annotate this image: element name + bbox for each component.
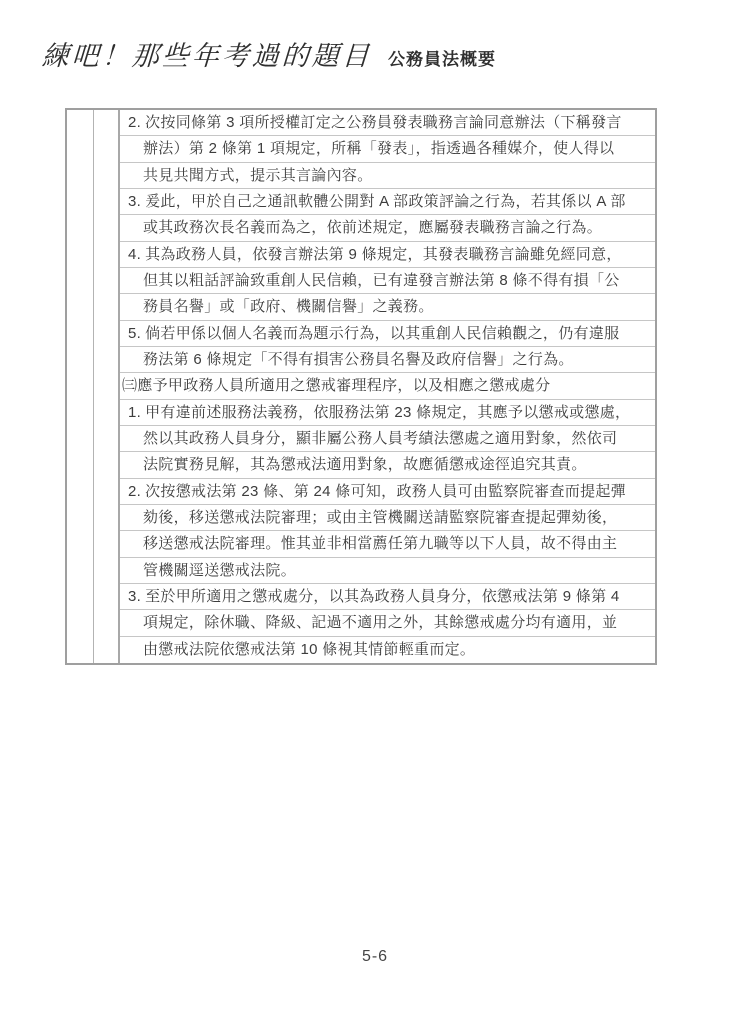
line-text: 移送懲戒法院審理。惟其並非相當薦任第九職等以下人員，故不得由主 — [143, 536, 617, 551]
table-row: 2.次按懲戒法第 23 條、第 24 條可知，政務人員可由監察院審查而提起彈 — [120, 479, 655, 505]
table-row: 移送懲戒法院審理。惟其並非相當薦任第九職等以下人員，故不得由主 — [120, 531, 655, 557]
table-row: 管機關逕送懲戒法院。 — [120, 558, 655, 584]
table-row: 2.次按同條第 3 項所授權訂定之公務員發表職務言論同意辦法（下稱發言 — [120, 110, 655, 136]
table-row: 共見共聞方式，提示其言論內容。 — [120, 163, 655, 189]
item-number: 4. — [128, 247, 141, 262]
table-row: 或其政務次長名義而為之，依前述規定，應屬發表職務言論之行為。 — [120, 215, 655, 241]
running-head: 練吧！那些年考過的題目 公務員法概要 — [42, 34, 496, 73]
item-number: 3. — [128, 589, 141, 604]
answer-sheet-table: 2.次按同條第 3 項所授權訂定之公務員發表職務言論同意辦法（下稱發言 辦法）第… — [65, 108, 657, 665]
line-text: ㈢應予甲政務人員所適用之懲戒審理程序，以及相應之懲戒處分 — [122, 378, 550, 393]
table-row: 但其以粗話評論致重創人民信賴，已有違發言辦法第 8 條不得有損「公 — [120, 268, 655, 294]
item-number: 1. — [128, 405, 141, 420]
table-row: 1.甲有違前述服務法義務，依服務法第 23 條規定，其應予以懲戒或懲處， — [120, 400, 655, 426]
gutter-column-1 — [67, 110, 94, 663]
line-text: 務法第 6 條規定「不得有損害公務員名譽及政府信譽」之行為。 — [143, 352, 574, 367]
line-text: 爰此，甲於自己之通訊軟體公開對 A 部政策評論之行為，若其係以 A 部 — [145, 194, 626, 209]
subject-title: 公務員法概要 — [388, 45, 496, 73]
table-row: 務員名譽」或「政府、機關信譽」之義務。 — [120, 294, 655, 320]
line-text: 次按懲戒法第 23 條、第 24 條可知，政務人員可由監察院審查而提起彈 — [145, 484, 626, 499]
item-number: 5. — [128, 326, 141, 341]
line-text: 法院實務見解，其為懲戒法適用對象，故應循懲戒途徑追究其責。 — [143, 457, 587, 472]
book-series-title: 練吧！那些年考過的題目 — [41, 34, 373, 73]
table-row: 法院實務見解，其為懲戒法適用對象，故應循懲戒途徑追究其責。 — [120, 452, 655, 478]
table-row: 劾後，移送懲戒法院審理；或由主管機關送請監察院審查提起彈劾後， — [120, 505, 655, 531]
document-page: 練吧！那些年考過的題目 公務員法概要 2.次按同條第 3 項所授權訂定之公務員發… — [0, 0, 750, 1015]
item-number: 2. — [128, 115, 141, 130]
line-text: 或其政務次長名義而為之，依前述規定，應屬發表職務言論之行為。 — [143, 220, 602, 235]
line-text: 辦法）第 2 條第 1 項規定，所稱「發表」，指透過各種媒介，使人得以 — [143, 141, 614, 156]
page-number: 5-6 — [0, 948, 750, 966]
table-row: 5.倘若甲係以個人名義而為題示行為，以其重創人民信賴觀之，仍有違服 — [120, 321, 655, 347]
table-row: 辦法）第 2 條第 1 項規定，所稱「發表」，指透過各種媒介，使人得以 — [120, 136, 655, 162]
item-number: 2. — [128, 484, 141, 499]
line-text: 但其以粗話評論致重創人民信賴，已有違發言辦法第 8 條不得有損「公 — [143, 273, 620, 288]
section-heading-row: ㈢應予甲政務人員所適用之懲戒審理程序，以及相應之懲戒處分 — [120, 373, 655, 399]
line-text: 次按同條第 3 項所授權訂定之公務員發表職務言論同意辦法（下稱發言 — [145, 115, 622, 130]
table-row: 務法第 6 條規定「不得有損害公務員名譽及政府信譽」之行為。 — [120, 347, 655, 373]
line-text: 管機關逕送懲戒法院。 — [143, 563, 296, 578]
line-text: 甲有違前述服務法義務，依服務法第 23 條規定，其應予以懲戒或懲處， — [145, 405, 630, 420]
line-text: 其為政務人員，依發言辦法第 9 條規定，其發表職務言論雖免經同意， — [145, 247, 622, 262]
item-number: 3. — [128, 194, 141, 209]
table-row: 項規定，除休職、降級、記過不適用之外，其餘懲戒處分均有適用，並 — [120, 610, 655, 636]
line-text: 然以其政務人員身分，顯非屬公務人員考績法懲處之適用對象，然依司 — [143, 431, 617, 446]
line-text: 項規定，除休職、降級、記過不適用之外，其餘懲戒處分均有適用，並 — [143, 615, 617, 630]
answer-content-column: 2.次按同條第 3 項所授權訂定之公務員發表職務言論同意辦法（下稱發言 辦法）第… — [120, 110, 655, 663]
table-row: 4.其為政務人員，依發言辦法第 9 條規定，其發表職務言論雖免經同意， — [120, 242, 655, 268]
line-text: 至於甲所適用之懲戒處分，以其為政務人員身分，依懲戒法第 9 條第 4 — [145, 589, 619, 604]
line-text: 共見共聞方式，提示其言論內容。 — [143, 168, 373, 183]
table-row: 由懲戒法院依懲戒法第 10 條視其情節輕重而定。 — [120, 637, 655, 663]
table-row: 3.爰此，甲於自己之通訊軟體公開對 A 部政策評論之行為，若其係以 A 部 — [120, 189, 655, 215]
line-text: 劾後，移送懲戒法院審理；或由主管機關送請監察院審查提起彈劾後， — [143, 510, 617, 525]
line-text: 倘若甲係以個人名義而為題示行為，以其重創人民信賴觀之，仍有違服 — [145, 326, 619, 341]
table-row: 3.至於甲所適用之懲戒處分，以其為政務人員身分，依懲戒法第 9 條第 4 — [120, 584, 655, 610]
gutter-column-2 — [94, 110, 120, 663]
table-row: 然以其政務人員身分，顯非屬公務人員考績法懲處之適用對象，然依司 — [120, 426, 655, 452]
line-text: 務員名譽」或「政府、機關信譽」之義務。 — [143, 299, 434, 314]
line-text: 由懲戒法院依懲戒法第 10 條視其情節輕重而定。 — [143, 642, 475, 657]
